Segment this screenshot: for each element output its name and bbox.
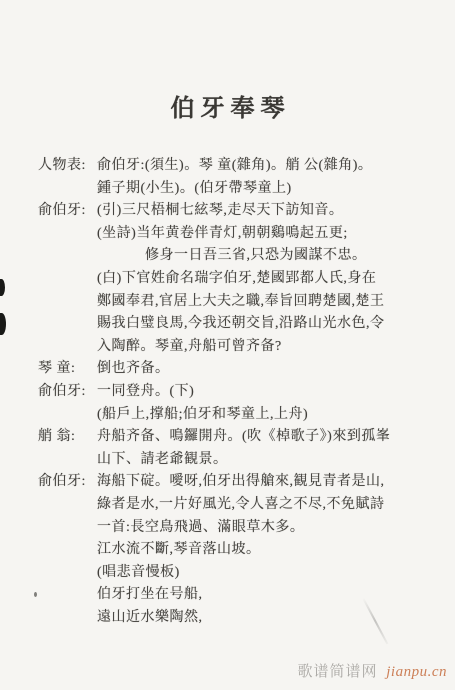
speaker-label <box>38 245 97 268</box>
line-text: 海船下碇。噯呀,伯牙出得艙來,観見青者是山, <box>97 471 433 494</box>
speaker-label: 人物表: <box>38 155 97 178</box>
script-body: 人物表: 俞伯牙:(須生)。琴 童(雜角)。艄 公(雜角)。 鍾子期(小生)。(… <box>38 155 433 629</box>
line-text: 俞伯牙:(須生)。琴 童(雜角)。艄 公(雜角)。 <box>97 155 433 178</box>
speaker-label <box>38 562 97 585</box>
speaker-label: 俞伯牙: <box>38 381 97 404</box>
line-text: 倒也齐备。 <box>97 358 433 381</box>
line-text: 山下、請老爺観景。 <box>97 449 433 472</box>
speaker-label <box>38 607 97 630</box>
watermark: 歌谱简谱网 jianpu.cn <box>297 660 447 681</box>
line-text: 賜我白璧良馬,今我还朝交旨,沿路山光水色,令 <box>97 313 433 336</box>
line-text: (唱悲音慢板) <box>97 562 433 585</box>
speaker-label <box>38 539 97 562</box>
script-line: 一首:長空鳥飛過、滿眼草木多。 <box>38 517 433 540</box>
speaker-label <box>38 178 97 201</box>
speaker-label: 俞伯牙: <box>38 471 97 494</box>
line-text: 入陶醉。琴童,舟船可曾齐备? <box>97 336 433 359</box>
script-line: 俞伯牙: (引)三尺梧桐七絃琴,走尽天下訪知音。 <box>38 200 433 223</box>
speaker-label: 琴 童: <box>38 358 97 381</box>
script-line: 入陶醉。琴童,舟船可曾齐备? <box>38 336 433 359</box>
script-line: 琴 童: 倒也齐备。 <box>38 358 433 381</box>
script-line: 俞伯牙: 一同登舟。(下) <box>38 381 433 404</box>
watermark-site-url: jianpu.cn <box>386 664 447 680</box>
line-text: 舟船齐备、鳴鑼開舟。(吹《棹歌子》)來到孤峯 <box>97 426 433 449</box>
line-text: (引)三尺梧桐七絃琴,走尽天下訪知音。 <box>97 200 433 223</box>
speaker-label: 艄 翁: <box>38 426 97 449</box>
speaker-label <box>38 494 97 517</box>
line-text: 伯牙打坐在号船, <box>97 584 433 607</box>
page-title: 伯 牙 奉 琴 <box>0 88 455 123</box>
line-text: 一首:長空鳥飛過、滿眼草木多。 <box>97 517 433 540</box>
script-line: 鍾子期(小生)。(伯牙帶琴童上) <box>38 178 433 201</box>
line-text: (坐詩)当年黄卷伴青灯,朝朝鷄鳴起五更; <box>97 223 433 246</box>
ink-dot <box>34 592 37 597</box>
speaker-label <box>38 291 97 314</box>
line-text: (船戶上,撑船;伯牙和琴童上,上舟) <box>97 404 433 427</box>
line-text: 修身一日吾三省,只恐为國謀不忠。 <box>97 245 433 268</box>
speaker-label <box>38 336 97 359</box>
script-line: 鄭國奉君,官居上大夫之職,奉旨回聘楚國,楚王 <box>38 291 433 314</box>
scanned-script-page: 伯 牙 奉 琴 人物表: 俞伯牙:(須生)。琴 童(雜角)。艄 公(雜角)。 鍾… <box>0 0 455 690</box>
script-line: 艄 翁: 舟船齐备、鳴鑼開舟。(吹《棹歌子》)來到孤峯 <box>38 426 433 449</box>
script-line: 江水流不斷,琴音落山坡。 <box>38 539 433 562</box>
script-line: 賜我白璧良馬,今我还朝交旨,沿路山光水色,令 <box>38 313 433 336</box>
speaker-label <box>38 268 97 291</box>
line-text: 鍾子期(小生)。(伯牙帶琴童上) <box>97 178 433 201</box>
script-line: 綠者是水,一片好風光,令人喜之不尽,不免賦詩 <box>38 494 433 517</box>
speaker-label <box>38 449 97 472</box>
speaker-label: 俞伯牙: <box>38 200 97 223</box>
script-line: 山下、請老爺観景。 <box>38 449 433 472</box>
script-line: 俞伯牙: 海船下碇。噯呀,伯牙出得艙來,観見青者是山, <box>38 471 433 494</box>
line-text: 江水流不斷,琴音落山坡。 <box>97 539 433 562</box>
speaker-label <box>38 313 97 336</box>
binding-mark <box>0 313 6 335</box>
script-line: (唱悲音慢板) <box>38 562 433 585</box>
speaker-label <box>38 223 97 246</box>
line-text: 一同登舟。(下) <box>97 381 433 404</box>
speaker-label <box>38 404 97 427</box>
binding-mark <box>0 279 5 296</box>
line-text: 鄭國奉君,官居上大夫之職,奉旨回聘楚國,楚王 <box>97 291 433 314</box>
line-text: 遠山近水樂陶然, <box>97 607 433 630</box>
script-line: (白)下官姓俞名瑞字伯牙,楚國郢都人氏,身在 <box>38 268 433 291</box>
speaker-label <box>38 517 97 540</box>
script-line: 伯牙打坐在号船, <box>38 584 433 607</box>
line-text: 綠者是水,一片好風光,令人喜之不尽,不免賦詩 <box>97 494 433 517</box>
script-line: (船戶上,撑船;伯牙和琴童上,上舟) <box>38 404 433 427</box>
speaker-label <box>38 584 97 607</box>
script-line: 修身一日吾三省,只恐为國謀不忠。 <box>38 245 433 268</box>
script-line: 人物表: 俞伯牙:(須生)。琴 童(雜角)。艄 公(雜角)。 <box>38 155 433 178</box>
watermark-site-name: 歌谱简谱网 <box>297 664 377 680</box>
script-line: (坐詩)当年黄卷伴青灯,朝朝鷄鳴起五更; <box>38 223 433 246</box>
line-text: (白)下官姓俞名瑞字伯牙,楚國郢都人氏,身在 <box>97 268 433 291</box>
